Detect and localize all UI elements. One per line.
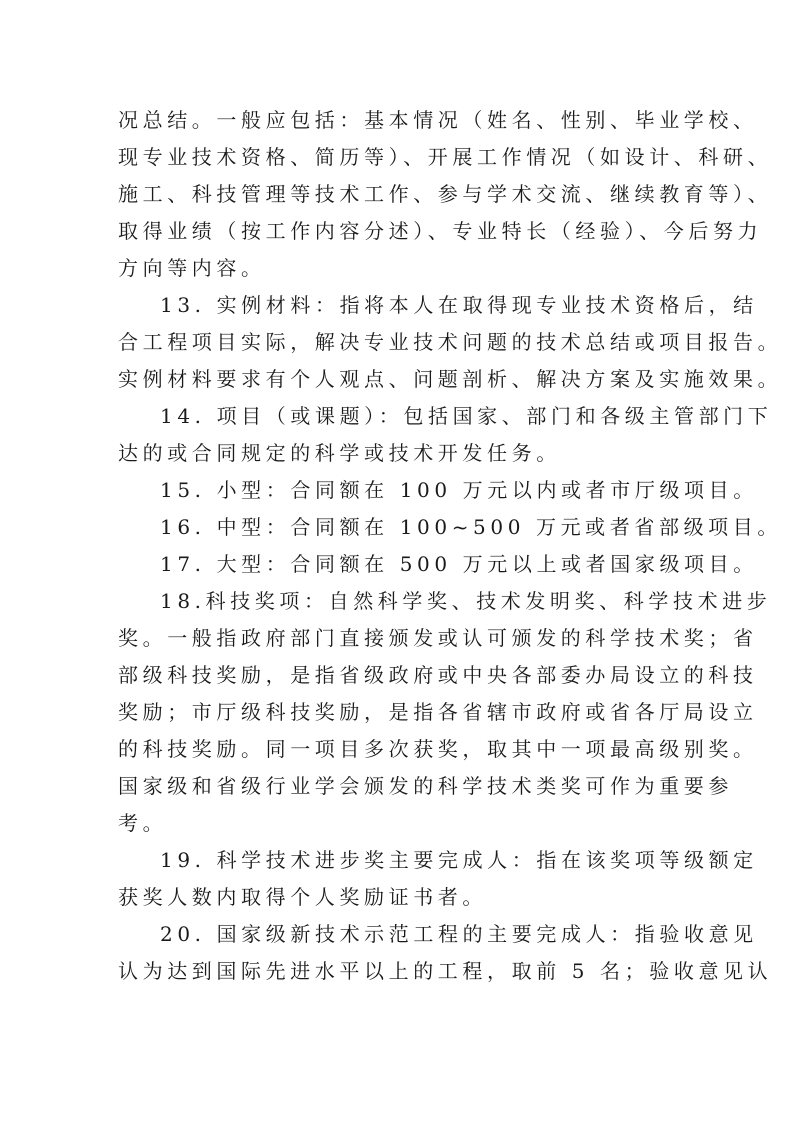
text-line: 奖励；市厅级科技奖励，是指各省辖市政府或省各厅局设立 xyxy=(118,700,688,724)
text-line: 合工程项目实际，解决专业技术问题的技术总结或项目报告。 xyxy=(118,330,688,354)
text-line: 施工、科技管理等技术工作、参与学术交流、继续教育等）、 xyxy=(118,182,688,206)
item-16-line: 16. 中型：合同额在 100~500 万元或者省部级项目。 xyxy=(160,515,730,539)
text-line: 获奖人数内取得个人奖励证书者。 xyxy=(118,885,688,909)
text-line: 实例材料要求有个人观点、问题剖析、解决方案及实施效果。 xyxy=(118,367,688,391)
document-page: 况总结。一般应包括：基本情况（姓名、性别、毕业学校、 现专业技术资格、简历等）、… xyxy=(0,0,793,1122)
item-15-line: 15. 小型：合同额在 100 万元以内或者市厅级项目。 xyxy=(160,478,730,502)
item-19-heading-line: 19. 科学技术进步奖主要完成人：指在该奖项等级额定 xyxy=(160,848,730,872)
item-18-heading-line: 18.科技奖项：自然科学奖、技术发明奖、科学技术进步 xyxy=(160,589,730,613)
text-line: 部级科技奖励，是指省级政府或中央各部委办局设立的科技 xyxy=(118,663,688,687)
text-line: 认为达到国际先进水平以上的工程，取前 5 名；验收意见认 xyxy=(118,959,688,983)
item-17-line: 17. 大型：合同额在 500 万元以上或者国家级项目。 xyxy=(160,552,730,576)
text-line: 的科技奖励。同一项目多次获奖，取其中一项最高级别奖。 xyxy=(118,737,688,761)
text-line: 达的或合同规定的科学或技术开发任务。 xyxy=(118,441,688,465)
text-line: 考。 xyxy=(118,811,688,835)
text-line: 方向等内容。 xyxy=(118,256,688,280)
text-line: 现专业技术资格、简历等）、开展工作情况（如设计、科研、 xyxy=(118,145,688,169)
item-20-heading-line: 20. 国家级新技术示范工程的主要完成人：指验收意见 xyxy=(160,922,730,946)
text-line: 奖。一般指政府部门直接颁发或认可颁发的科学技术奖；省 xyxy=(118,626,688,650)
item-13-heading-line: 13. 实例材料：指将本人在取得现专业技术资格后，结 xyxy=(160,293,730,317)
item-14-heading-line: 14. 项目（或课题）：包括国家、部门和各级主管部门下 xyxy=(160,404,730,428)
text-line: 况总结。一般应包括：基本情况（姓名、性别、毕业学校、 xyxy=(118,108,688,132)
text-line: 取得业绩（按工作内容分述）、专业特长（经验）、今后努力 xyxy=(118,219,688,243)
text-line: 国家级和省级行业学会颁发的科学技术类奖可作为重要参 xyxy=(118,774,688,798)
